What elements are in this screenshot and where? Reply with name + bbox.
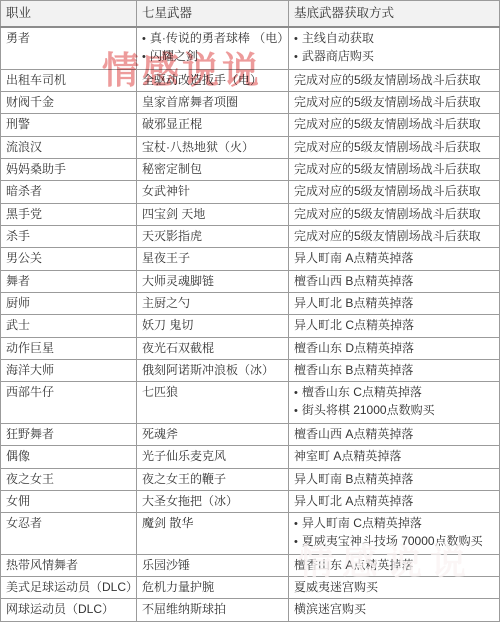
weapon-cell: 七匹狼 <box>137 382 289 424</box>
weapon-cell: •真·传说的勇者球棒 （电）•闪耀之剑 <box>137 27 289 69</box>
acquisition-cell: 异人町南 A点精英掉落 <box>289 248 500 270</box>
job-cell: 热带风情舞者 <box>1 554 137 576</box>
cell-text: 死魂斧 <box>142 427 178 441</box>
cell-line: 完成对应的5级友情剧场战斗后获取 <box>294 72 494 89</box>
cell-text: 檀香山西 B点精英掉落 <box>294 274 413 288</box>
table-row: 流浪汉 宝杖·八热地狱（火） 完成对应的5级友情剧场战斗后获取 <box>1 136 500 158</box>
acquisition-cell: 檀香山东 B点精英掉落 <box>289 359 500 381</box>
bullet-icon: • <box>142 31 146 48</box>
bullet-icon: • <box>294 385 298 402</box>
cell-line: 乐园沙锤 <box>142 557 283 574</box>
job-cell: 暗杀者 <box>1 181 137 203</box>
cell-line: 网球运动员（DLC） <box>6 601 131 618</box>
cell-text: 美式足球运动员（DLC） <box>6 580 131 594</box>
job-cell: 狂野舞者 <box>1 423 137 445</box>
table-row: 西部牛仔 七匹狼 •檀香山东 C点精英掉落•街头将棋 21000点数购买 <box>1 382 500 424</box>
weapon-cell: 宝杖·八热地狱（火） <box>137 136 289 158</box>
acquisition-cell: •主线自动获取•武器商店购买 <box>289 27 500 69</box>
table-row: 暗杀者 女武神针 完成对应的5级友情剧场战斗后获取 <box>1 181 500 203</box>
cell-line: 妈妈桑助手 <box>6 161 131 178</box>
job-cell: 黑手党 <box>1 203 137 225</box>
cell-text: 魔剑 散华 <box>142 516 193 530</box>
weapon-cell: 秘密定制包 <box>137 158 289 180</box>
table-row: 黑手党 四宝剑 天地 完成对应的5级友情剧场战斗后获取 <box>1 203 500 225</box>
cell-line: 七匹狼 <box>142 384 283 401</box>
cell-text: 西部牛仔 <box>6 385 54 399</box>
cell-text: 杀手 <box>6 229 30 243</box>
acquisition-cell: 檀香山东 A点精英掉落 <box>289 554 500 576</box>
cell-text: 主厨之勺 <box>142 296 190 310</box>
acquisition-cell: 完成对应的5级友情剧场战斗后获取 <box>289 181 500 203</box>
cell-line: •檀香山东 C点精英掉落 <box>294 384 494 402</box>
cell-line-text: 闪耀之剑 <box>150 49 198 63</box>
table-row: 财阀千金 皇家首席舞者项圈 完成对应的5级友情剧场战斗后获取 <box>1 91 500 113</box>
weapon-cell: 四宝剑 天地 <box>137 203 289 225</box>
cell-text: 神室町 A点精英掉落 <box>294 449 401 463</box>
cell-line: •异人町南 C点精英掉落 <box>294 515 494 533</box>
cell-text: 勇者 <box>6 31 30 45</box>
cell-text: 武士 <box>6 318 30 332</box>
cell-line: 主厨之勺 <box>142 295 283 312</box>
cell-text: 夜之女王 <box>6 472 54 486</box>
cell-line: 出租车司机 <box>6 72 131 89</box>
cell-text: 危机力量护腕 <box>142 580 214 594</box>
cell-text: 星夜王子 <box>142 251 190 265</box>
acquisition-cell: 异人町北 C点精英掉落 <box>289 315 500 337</box>
acquisition-cell: 檀香山西 A点精英掉落 <box>289 423 500 445</box>
cell-text: 黑手党 <box>6 207 42 221</box>
job-cell: 西部牛仔 <box>1 382 137 424</box>
cell-line: 死魂斧 <box>142 426 283 443</box>
acquisition-cell: 檀香山西 B点精英掉落 <box>289 270 500 292</box>
cell-text: 夏威夷迷宫购买 <box>294 580 378 594</box>
job-cell: 网球运动员（DLC） <box>1 599 137 622</box>
job-cell: 舞者 <box>1 270 137 292</box>
cell-text: 动作巨星 <box>6 341 54 355</box>
table-row: 勇者 •真·传说的勇者球棒 （电）•闪耀之剑 •主线自动获取•武器商店购买 <box>1 27 500 69</box>
table-row: 厨师 主厨之勺 异人町北 B点精英掉落 <box>1 292 500 314</box>
cell-line: 勇者 <box>6 30 131 47</box>
job-cell: 女忍者 <box>1 513 137 555</box>
acquisition-cell: 完成对应的5级友情剧场战斗后获取 <box>289 136 500 158</box>
screenshot-root: 职业 七星武器 基底武器获取方式 勇者 •真·传说的勇者球棒 （电）•闪耀之剑 … <box>0 0 500 622</box>
table-row: 女佣 大圣女拖把（冰） 异人町北 A点精英掉落 <box>1 490 500 512</box>
cell-line: 神室町 A点精英掉落 <box>294 448 494 465</box>
cell-text: 海洋大师 <box>6 363 54 377</box>
cell-line-text: 檀香山东 C点精英掉落 <box>302 385 422 399</box>
weapon-cell: 大圣女拖把（冰） <box>137 490 289 512</box>
weapon-cell: 光子仙乐麦克风 <box>137 446 289 468</box>
weapon-cell: 危机力量护腕 <box>137 577 289 599</box>
cell-line: 暗杀者 <box>6 183 131 200</box>
job-cell: 女佣 <box>1 490 137 512</box>
cell-line: 秘密定制包 <box>142 161 283 178</box>
cell-line: 杀手 <box>6 228 131 245</box>
cell-line: 檀香山西 A点精英掉落 <box>294 426 494 443</box>
table-row: 狂野舞者 死魂斧 檀香山西 A点精英掉落 <box>1 423 500 445</box>
cell-line: 完成对应的5级友情剧场战斗后获取 <box>294 206 494 223</box>
acquisition-cell: 异人町北 A点精英掉落 <box>289 490 500 512</box>
cell-line: 热带风情舞者 <box>6 557 131 574</box>
cell-text: 秘密定制包 <box>142 162 202 176</box>
cell-text: 檀香山东 D点精英掉落 <box>294 341 414 355</box>
cell-line-text: 街头将棋 21000点数购买 <box>302 403 435 417</box>
job-cell: 男公关 <box>1 248 137 270</box>
cell-line: •街头将棋 21000点数购买 <box>294 402 494 420</box>
weapon-cell: 乐园沙锤 <box>137 554 289 576</box>
table-row: 舞者 大师灵魂脚链 檀香山西 B点精英掉落 <box>1 270 500 292</box>
bullet-icon: • <box>294 403 298 420</box>
cell-line: 完成对应的5级友情剧场战斗后获取 <box>294 139 494 156</box>
cell-line: 异人町北 C点精英掉落 <box>294 317 494 334</box>
cell-line: 男公关 <box>6 250 131 267</box>
cell-line: 不屈维纳斯球拍 <box>142 601 283 618</box>
cell-line: 夏威夷迷宫购买 <box>294 579 494 596</box>
cell-text: 流浪汉 <box>6 140 42 154</box>
cell-line: 天灭影指虎 <box>142 228 283 245</box>
cell-text: 完成对应的5级友情剧场战斗后获取 <box>294 184 481 198</box>
cell-line: 夜之女王的鞭子 <box>142 471 283 488</box>
job-cell: 勇者 <box>1 27 137 69</box>
acquisition-cell: 完成对应的5级友情剧场战斗后获取 <box>289 69 500 91</box>
bullet-icon: • <box>294 49 298 66</box>
table-row: 武士 妖刀 鬼切 异人町北 C点精英掉落 <box>1 315 500 337</box>
table-row: 夜之女王 夜之女王的鞭子 异人町南 B点精英掉落 <box>1 468 500 490</box>
cell-line: •真·传说的勇者球棒 （电） <box>142 30 283 48</box>
weapon-table: 职业 七星武器 基底武器获取方式 勇者 •真·传说的勇者球棒 （电）•闪耀之剑 … <box>0 0 500 622</box>
cell-line: 宝杖·八热地狱（火） <box>142 139 283 156</box>
bullet-icon: • <box>294 534 298 551</box>
job-cell: 刑警 <box>1 114 137 136</box>
cell-line: 光子仙乐麦克风 <box>142 448 283 465</box>
cell-line: •武器商店购买 <box>294 48 494 66</box>
cell-text: 异人町北 B点精英掉落 <box>294 296 413 310</box>
cell-line: 危机力量护腕 <box>142 579 283 596</box>
cell-text: 热带风情舞者 <box>6 558 78 572</box>
table-row: 网球运动员（DLC） 不屈维纳斯球拍 横滨迷宫购买 <box>1 599 500 622</box>
weapon-cell: 女武神针 <box>137 181 289 203</box>
cell-text: 四宝剑 天地 <box>142 207 205 221</box>
weapon-cell: 破邪显正棍 <box>137 114 289 136</box>
job-cell: 流浪汉 <box>1 136 137 158</box>
cell-text: 完成对应的5级友情剧场战斗后获取 <box>294 95 481 109</box>
cell-text: 夜光石双截棍 <box>142 341 214 355</box>
table-row: 女忍者 魔剑 散华 •异人町南 C点精英掉落•夏威夷宝神斗技场 70000点数购… <box>1 513 500 555</box>
cell-line: 横滨迷宫购买 <box>294 601 494 618</box>
cell-line: 完成对应的5级友情剧场战斗后获取 <box>294 161 494 178</box>
cell-text: 完成对应的5级友情剧场战斗后获取 <box>294 73 481 87</box>
cell-text: 女武神针 <box>142 184 190 198</box>
cell-line-text: 武器商店购买 <box>302 49 374 63</box>
cell-line: 大师灵魂脚链 <box>142 273 283 290</box>
acquisition-cell: •异人町南 C点精英掉落•夏威夷宝神斗技场 70000点数购买 <box>289 513 500 555</box>
cell-text: 女佣 <box>6 494 30 508</box>
cell-text: 檀香山东 B点精英掉落 <box>294 363 413 377</box>
weapon-cell: 夜光石双截棍 <box>137 337 289 359</box>
cell-line: 偶像 <box>6 448 131 465</box>
weapon-cell: 俄刻阿诺斯冲浪板（冰） <box>137 359 289 381</box>
job-cell: 妈妈桑助手 <box>1 158 137 180</box>
weapon-cell: 皇家首席舞者项圈 <box>137 91 289 113</box>
weapon-cell: 魔剑 散华 <box>137 513 289 555</box>
cell-line: 异人町南 B点精英掉落 <box>294 471 494 488</box>
acquisition-cell: 异人町南 B点精英掉落 <box>289 468 500 490</box>
cell-text: 檀香山东 A点精英掉落 <box>294 558 413 572</box>
job-cell: 夜之女王 <box>1 468 137 490</box>
weapon-cell: 妖刀 鬼切 <box>137 315 289 337</box>
column-header-acquisition: 基底武器获取方式 <box>289 1 500 28</box>
cell-text: 异人町北 A点精英掉落 <box>294 494 413 508</box>
cell-line: 美式足球运动员（DLC） <box>6 579 131 596</box>
cell-line-text: 主线自动获取 <box>302 31 374 45</box>
job-cell: 财阀千金 <box>1 91 137 113</box>
cell-line: 狂野舞者 <box>6 426 131 443</box>
acquisition-cell: 夏威夷迷宫购买 <box>289 577 500 599</box>
job-cell: 动作巨星 <box>1 337 137 359</box>
cell-text: 男公关 <box>6 251 42 265</box>
cell-line: 檀香山东 D点精英掉落 <box>294 340 494 357</box>
table-row: 美式足球运动员（DLC） 危机力量护腕 夏威夷迷宫购买 <box>1 577 500 599</box>
cell-line: 檀香山东 B点精英掉落 <box>294 362 494 379</box>
cell-line: 完成对应的5级友情剧场战斗后获取 <box>294 116 494 133</box>
cell-line: 动作巨星 <box>6 340 131 357</box>
job-cell: 美式足球运动员（DLC） <box>1 577 137 599</box>
cell-text: 大圣女拖把（冰） <box>142 494 238 508</box>
table-row: 妈妈桑助手 秘密定制包 完成对应的5级友情剧场战斗后获取 <box>1 158 500 180</box>
cell-line: 完成对应的5级友情剧场战斗后获取 <box>294 183 494 200</box>
job-cell: 杀手 <box>1 225 137 247</box>
weapon-cell: 死魂斧 <box>137 423 289 445</box>
cell-line: 魔剑 散华 <box>142 515 283 532</box>
job-cell: 武士 <box>1 315 137 337</box>
cell-text: 完成对应的5级友情剧场战斗后获取 <box>294 162 481 176</box>
cell-text: 完成对应的5级友情剧场战斗后获取 <box>294 140 481 154</box>
cell-line-text: 夏威夷宝神斗技场 70000点数购买 <box>302 534 483 548</box>
bullet-icon: • <box>294 516 298 533</box>
cell-line: 流浪汉 <box>6 139 131 156</box>
cell-line: 武士 <box>6 317 131 334</box>
column-header-job: 职业 <box>1 1 137 28</box>
acquisition-cell: 神室町 A点精英掉落 <box>289 446 500 468</box>
column-header-weapon: 七星武器 <box>137 1 289 28</box>
cell-text: 全驱动改造扳手（电） <box>142 73 262 87</box>
acquisition-cell: 异人町北 B点精英掉落 <box>289 292 500 314</box>
cell-line: 黑手党 <box>6 206 131 223</box>
job-cell: 厨师 <box>1 292 137 314</box>
cell-line: 四宝剑 天地 <box>142 206 283 223</box>
cell-text: 檀香山西 A点精英掉落 <box>294 427 413 441</box>
cell-text: 妈妈桑助手 <box>6 162 66 176</box>
cell-line: 财阀千金 <box>6 94 131 111</box>
weapon-cell: 夜之女王的鞭子 <box>137 468 289 490</box>
cell-text: 完成对应的5级友情剧场战斗后获取 <box>294 117 481 131</box>
cell-text: 网球运动员（DLC） <box>6 602 114 616</box>
cell-text: 财阀千金 <box>6 95 54 109</box>
acquisition-cell: •檀香山东 C点精英掉落•街头将棋 21000点数购买 <box>289 382 500 424</box>
cell-text: 偶像 <box>6 449 30 463</box>
table-row: 偶像 光子仙乐麦克风 神室町 A点精英掉落 <box>1 446 500 468</box>
cell-line: 全驱动改造扳手（电） <box>142 72 283 89</box>
cell-text: 出租车司机 <box>6 73 66 87</box>
table-row: 热带风情舞者 乐园沙锤 檀香山东 A点精英掉落 <box>1 554 500 576</box>
cell-text: 刑警 <box>6 117 30 131</box>
job-cell: 出租车司机 <box>1 69 137 91</box>
cell-line-text: 真·传说的勇者球棒 （电） <box>150 31 283 45</box>
table-row: 动作巨星 夜光石双截棍 檀香山东 D点精英掉落 <box>1 337 500 359</box>
cell-line: •夏威夷宝神斗技场 70000点数购买 <box>294 533 494 551</box>
cell-text: 皇家首席舞者项圈 <box>142 95 238 109</box>
cell-text: 横滨迷宫购买 <box>294 602 366 616</box>
acquisition-cell: 横滨迷宫购买 <box>289 599 500 622</box>
cell-text: 光子仙乐麦克风 <box>142 449 226 463</box>
acquisition-cell: 完成对应的5级友情剧场战斗后获取 <box>289 225 500 247</box>
weapon-cell: 大师灵魂脚链 <box>137 270 289 292</box>
cell-line: 俄刻阿诺斯冲浪板（冰） <box>142 362 283 379</box>
cell-line: 大圣女拖把（冰） <box>142 493 283 510</box>
bullet-icon: • <box>142 49 146 66</box>
cell-line: 异人町南 A点精英掉落 <box>294 250 494 267</box>
cell-line-text: 异人町南 C点精英掉落 <box>302 516 422 530</box>
cell-text: 异人町北 C点精英掉落 <box>294 318 414 332</box>
cell-line: 皇家首席舞者项圈 <box>142 94 283 111</box>
cell-line: 完成对应的5级友情剧场战斗后获取 <box>294 228 494 245</box>
cell-line: 星夜王子 <box>142 250 283 267</box>
table-row: 出租车司机 全驱动改造扳手（电） 完成对应的5级友情剧场战斗后获取 <box>1 69 500 91</box>
bullet-icon: • <box>294 31 298 48</box>
cell-text: 大师灵魂脚链 <box>142 274 214 288</box>
cell-text: 宝杖·八热地狱（火） <box>142 140 254 154</box>
cell-line: 刑警 <box>6 116 131 133</box>
cell-line: •闪耀之剑 <box>142 48 283 66</box>
cell-line: •主线自动获取 <box>294 30 494 48</box>
acquisition-cell: 完成对应的5级友情剧场战斗后获取 <box>289 203 500 225</box>
cell-text: 完成对应的5级友情剧场战斗后获取 <box>294 229 481 243</box>
cell-text: 天灭影指虎 <box>142 229 202 243</box>
cell-text: 乐园沙锤 <box>142 558 190 572</box>
cell-text: 厨师 <box>6 296 30 310</box>
table-body: 勇者 •真·传说的勇者球棒 （电）•闪耀之剑 •主线自动获取•武器商店购买 出租… <box>1 27 500 622</box>
acquisition-cell: 完成对应的5级友情剧场战斗后获取 <box>289 114 500 136</box>
cell-line: 异人町北 B点精英掉落 <box>294 295 494 312</box>
cell-text: 不屈维纳斯球拍 <box>142 602 226 616</box>
cell-line: 妖刀 鬼切 <box>142 317 283 334</box>
job-cell: 海洋大师 <box>1 359 137 381</box>
cell-text: 女忍者 <box>6 516 42 530</box>
cell-line: 厨师 <box>6 295 131 312</box>
job-cell: 偶像 <box>1 446 137 468</box>
cell-text: 俄刻阿诺斯冲浪板（冰） <box>142 363 274 377</box>
weapon-cell: 主厨之勺 <box>137 292 289 314</box>
cell-text: 完成对应的5级友情剧场战斗后获取 <box>294 207 481 221</box>
table-row: 刑警 破邪显正棍 完成对应的5级友情剧场战斗后获取 <box>1 114 500 136</box>
cell-line: 檀香山西 B点精英掉落 <box>294 273 494 290</box>
acquisition-cell: 完成对应的5级友情剧场战斗后获取 <box>289 158 500 180</box>
weapon-cell: 星夜王子 <box>137 248 289 270</box>
cell-text: 暗杀者 <box>6 184 42 198</box>
cell-text: 异人町南 A点精英掉落 <box>294 251 413 265</box>
table-row: 海洋大师 俄刻阿诺斯冲浪板（冰） 檀香山东 B点精英掉落 <box>1 359 500 381</box>
cell-line: 女佣 <box>6 493 131 510</box>
cell-text: 夜之女王的鞭子 <box>142 472 226 486</box>
cell-line: 破邪显正棍 <box>142 116 283 133</box>
weapon-cell: 全驱动改造扳手（电） <box>137 69 289 91</box>
cell-line: 檀香山东 A点精英掉落 <box>294 557 494 574</box>
cell-line: 完成对应的5级友情剧场战斗后获取 <box>294 94 494 111</box>
header-row: 职业 七星武器 基底武器获取方式 <box>1 1 500 28</box>
table-row: 男公关 星夜王子 异人町南 A点精英掉落 <box>1 248 500 270</box>
cell-text: 狂野舞者 <box>6 427 54 441</box>
table-row: 杀手 天灭影指虎 完成对应的5级友情剧场战斗后获取 <box>1 225 500 247</box>
cell-line: 女武神针 <box>142 183 283 200</box>
cell-text: 舞者 <box>6 274 30 288</box>
cell-line: 异人町北 A点精英掉落 <box>294 493 494 510</box>
cell-line: 西部牛仔 <box>6 384 131 401</box>
table-header: 职业 七星武器 基底武器获取方式 <box>1 1 500 28</box>
cell-text: 七匹狼 <box>142 385 178 399</box>
acquisition-cell: 完成对应的5级友情剧场战斗后获取 <box>289 91 500 113</box>
cell-line: 夜之女王 <box>6 471 131 488</box>
cell-line: 海洋大师 <box>6 362 131 379</box>
weapon-cell: 不屈维纳斯球拍 <box>137 599 289 622</box>
cell-line: 舞者 <box>6 273 131 290</box>
cell-text: 妖刀 鬼切 <box>142 318 193 332</box>
cell-text: 异人町南 B点精英掉落 <box>294 472 413 486</box>
acquisition-cell: 檀香山东 D点精英掉落 <box>289 337 500 359</box>
weapon-cell: 天灭影指虎 <box>137 225 289 247</box>
cell-text: 破邪显正棍 <box>142 117 202 131</box>
cell-line: 夜光石双截棍 <box>142 340 283 357</box>
cell-line: 女忍者 <box>6 515 131 532</box>
